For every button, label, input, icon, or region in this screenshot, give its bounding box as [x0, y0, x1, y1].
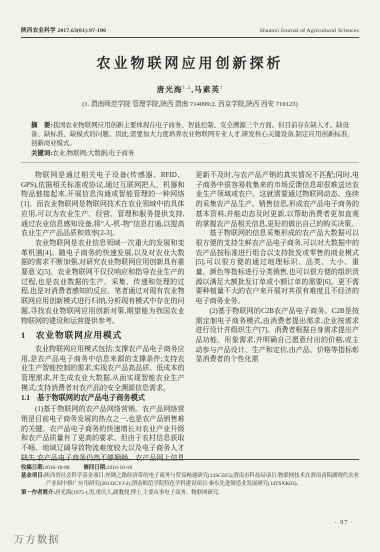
received-date: 2016-10-08	[44, 465, 69, 471]
journal-citation-cn: 陕西农业科学 2017,63(01):97-100	[21, 26, 106, 34]
author-name: 马素英	[194, 85, 220, 94]
body-paragraph: 农业物联网应用模式包括:支撑农产品电子商务应用,是农产品电子商务中信息来源的支撑…	[21, 345, 185, 394]
body-paragraph: 物联网是通过相关电子设备(传感器、RFID、GPS),依据相关标准或协议,通过互…	[21, 171, 185, 239]
fund-label: 基金项目:	[21, 473, 44, 479]
section-heading: 1 农业物联网应用模式	[21, 331, 185, 341]
body-paragraph: 农业物联网是农业信息领域一次重大的发展和变革机遇[4]。随电子商务的快速发展,以…	[21, 239, 185, 326]
keywords-label: 关键词:	[31, 150, 52, 157]
subsection-heading: 1.1 基于物联网的农产品电子商务模式	[21, 394, 185, 404]
running-head: 陕西农业科学 2017,63(01):97-100 Shaanxi Journa…	[21, 26, 359, 38]
journal-name-en: Shaanxi Journal of Agricultural Sciences	[260, 28, 359, 34]
revised-date: 2016-10-18	[107, 465, 132, 471]
fund-text: 陕西省社会科学基金项目:丝绸之路经济带的电子商务与贸易畅通研究(13SC025)…	[44, 473, 359, 487]
footnote-author-bio: 第一作者简介:唐光海(1975-),男,重庆人,副教授,博士,主要从事电子商务、…	[21, 489, 359, 497]
abstract-label: 摘 要:	[31, 122, 52, 129]
abstract-block: 摘 要:我国农业物联网应用创新主要体现在电子商务、智能控制、安全溯源三个方面。但…	[21, 121, 359, 163]
footnote-block: 收稿日期:2016-10-08修回日期:2016-10-18 基金项目:陕西省社…	[21, 459, 359, 497]
author-bio-text: 唐光海(1975-),男,重庆人,副教授,博士,主要从事电子商务、物联网研究。	[55, 490, 223, 496]
author-affil-sup: 1	[220, 84, 223, 89]
article-body: 物联网是通过相关电子设备(传感器、RFID、GPS),依据相关标准或协议,通过互…	[21, 171, 359, 472]
footnote-dates: 收稿日期:2016-10-08修回日期:2016-10-18	[21, 464, 359, 472]
abstract-text: 我国农业物联网应用创新主要体现在电子商务、智能控制、安全溯源三个方面。但目前存在…	[31, 122, 349, 147]
author-affil-sup: 1,2	[183, 84, 192, 89]
affiliation-line: (1. 渭南师范学院 管理学院,陕西 渭南 714099;2. 西京学院,陕西 …	[21, 98, 359, 108]
authors-line: 唐光海1,2,马素英1	[21, 84, 359, 95]
paper-page: 陕西农业科学 2017,63(01):97-100 Shaanxi Journa…	[0, 0, 380, 552]
author-bio-label: 第一作者简介:	[21, 490, 55, 496]
keywords-line: 关键词:农业;物联网;大数据;电子商务	[31, 149, 349, 158]
body-paragraph: 基于物联网的信息采集形成的农产品大数据可以很方便的支持生鲜农产品电子商务,可以对…	[196, 229, 360, 307]
page-number: · 97 ·	[335, 519, 354, 526]
page-title: 农业物联网应用创新探析	[21, 53, 359, 73]
keywords-text: 农业;物联网;大数据;电子商务	[52, 150, 134, 157]
received-date-label: 收稿日期:	[21, 465, 44, 471]
wanfang-watermark: 万方数据	[14, 531, 60, 546]
footnote-fund: 基金项目:陕西省社会科学基金项目:丝绸之路经济带的电子商务与贸易畅通研究(13S…	[21, 472, 359, 488]
author-name: 唐光海	[157, 85, 183, 94]
revised-date-label: 修回日期:	[84, 465, 107, 471]
abstract-paragraph: 摘 要:我国农业物联网应用创新主要体现在电子商务、智能控制、安全溯源三个方面。但…	[31, 121, 349, 148]
body-paragraph: (2)基于物联网的C2B农产品电子商务。C2B是按需定制电子商务模式,由消费者提…	[196, 307, 360, 365]
